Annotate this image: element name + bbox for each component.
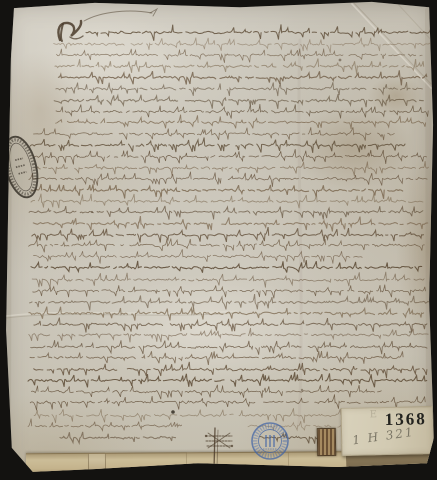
blue-round-archive-stamp-icon [252, 423, 288, 459]
scanned-charter: E 1368 1 H 321 [0, 0, 437, 480]
overlay-marks [0, 0, 437, 480]
parchment: E 1368 1 H 321 [0, 0, 437, 480]
notary-sign-flourish-icon [205, 428, 233, 470]
